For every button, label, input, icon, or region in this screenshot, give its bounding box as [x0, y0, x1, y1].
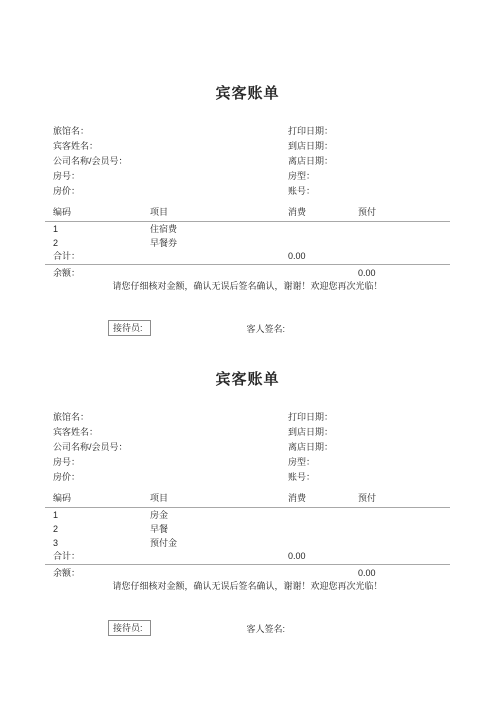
page-title: 宾客账单 [45, 370, 450, 390]
label-room-rate: 房价： [53, 184, 288, 199]
guest-bill-1: 宾客账单 旅馆名： 打印日期： 宾客姓名： 到店日期： 公司名称/会员号： 离店… [45, 84, 450, 336]
label-print-date: 打印日期： [288, 124, 450, 139]
table-header: 编码 项目 消费 预付 [45, 492, 450, 508]
info-row: 宾客姓名： 到店日期： [45, 139, 450, 154]
receptionist-box: 接待员: [108, 620, 151, 636]
col-header-prepaid: 预付 [358, 492, 450, 504]
col-header-prepaid: 预付 [358, 206, 450, 218]
table-row: 3 预付金 [45, 537, 450, 550]
confirmation-notice: 请您仔细核对金额，确认无误后签名确认，谢谢！欢迎您再次光临！ [45, 580, 450, 593]
cell-consume [288, 223, 358, 236]
col-header-consume: 消费 [288, 206, 358, 218]
cell-prepaid [358, 223, 450, 236]
col-header-code: 编码 [53, 492, 150, 504]
balance-row: 余额： 0.00 [45, 566, 450, 579]
info-row: 宾客姓名： 到店日期： [45, 425, 450, 440]
label-room-number: 房号： [53, 169, 288, 184]
table-row: 1 住宿费 [45, 223, 450, 236]
cell-prepaid [358, 237, 450, 250]
info-row: 房价： 账号： [45, 470, 450, 485]
label-company-member: 公司名称/会员号： [53, 440, 288, 455]
confirmation-notice: 请您仔细核对金额，确认无误后签名确认，谢谢！欢迎您再次光临！ [45, 280, 450, 293]
label-room-type: 房型： [288, 455, 450, 470]
table-header: 编码 项目 消费 预付 [45, 206, 450, 222]
cell-consume [288, 537, 358, 550]
cell-code: 3 [53, 537, 150, 550]
cell-item: 早餐 [150, 523, 288, 536]
info-row: 公司名称/会员号： 离店日期： [45, 154, 450, 169]
cell-code: 2 [53, 523, 150, 536]
col-header-consume: 消费 [288, 492, 358, 504]
col-header-item: 项目 [150, 206, 288, 218]
label-company-member: 公司名称/会员号： [53, 154, 288, 169]
info-row: 房号： 房型： [45, 169, 450, 184]
info-row: 房价： 账号： [45, 184, 450, 199]
col-header-code: 编码 [53, 206, 150, 218]
guest-signature-label: 客人签名: [247, 322, 286, 335]
cell-item: 预付金 [150, 537, 288, 550]
label-room-type: 房型： [288, 169, 450, 184]
info-row: 公司名称/会员号： 离店日期： [45, 440, 450, 455]
cell-item: 早餐券 [150, 237, 288, 250]
label-room-rate: 房价： [53, 470, 288, 485]
cell-prepaid [358, 509, 450, 522]
col-header-item: 项目 [150, 492, 288, 504]
cell-code: 1 [53, 509, 150, 522]
balance-label: 余额： [53, 566, 150, 580]
guest-bill-2: 宾客账单 旅馆名： 打印日期： 宾客姓名： 到店日期： 公司名称/会员号： 离店… [45, 370, 450, 636]
charges-table: 编码 项目 消费 预付 1 住宿费 2 早餐券 合计： 0.00 余额： 0 [45, 206, 450, 279]
cell-prepaid [358, 523, 450, 536]
balance-row: 余额： 0.00 [45, 266, 450, 279]
label-account-number: 账号： [288, 470, 450, 485]
cell-code: 2 [53, 237, 150, 250]
label-departure-date: 离店日期： [288, 154, 450, 169]
total-label: 合计： [53, 250, 150, 263]
guest-signature-label: 客人签名: [247, 622, 286, 635]
receptionist-box: 接待员: [108, 320, 151, 336]
signature-row: 接待员: 客人签名: [45, 620, 450, 636]
cell-prepaid [358, 537, 450, 550]
info-row: 旅馆名： 打印日期： [45, 124, 450, 139]
label-room-number: 房号： [53, 455, 288, 470]
cell-consume [288, 237, 358, 250]
label-account-number: 账号： [288, 184, 450, 199]
signature-row: 接待员: 客人签名: [45, 320, 450, 336]
label-guest-name: 宾客姓名： [53, 425, 288, 440]
table-row: 2 早餐券 [45, 237, 450, 250]
cell-item: 住宿费 [150, 223, 288, 236]
info-row: 旅馆名： 打印日期： [45, 410, 450, 425]
info-row: 房号： 房型： [45, 455, 450, 470]
total-consume-value: 0.00 [288, 550, 358, 563]
label-arrival-date: 到店日期： [288, 425, 450, 440]
table-row: 2 早餐 [45, 523, 450, 536]
label-arrival-date: 到店日期： [288, 139, 450, 154]
label-departure-date: 离店日期： [288, 440, 450, 455]
bill-info-section: 旅馆名： 打印日期： 宾客姓名： 到店日期： 公司名称/会员号： 离店日期： 房… [45, 410, 450, 485]
total-consume-value: 0.00 [288, 250, 358, 263]
total-label: 合计： [53, 550, 150, 563]
cell-consume [288, 523, 358, 536]
label-print-date: 打印日期： [288, 410, 450, 425]
label-hotel-name: 旅馆名： [53, 410, 288, 425]
cell-consume [288, 509, 358, 522]
balance-prepaid-value: 0.00 [358, 566, 450, 580]
charges-table: 编码 项目 消费 预付 1 房金 2 早餐 3 预付金 合计： 0.00 [45, 492, 450, 579]
balance-label: 余额： [53, 266, 150, 280]
balance-prepaid-value: 0.00 [358, 266, 450, 280]
total-row: 合计： 0.00 [45, 550, 450, 565]
total-row: 合计： 0.00 [45, 250, 450, 265]
bill-info-section: 旅馆名： 打印日期： 宾客姓名： 到店日期： 公司名称/会员号： 离店日期： 房… [45, 124, 450, 199]
table-row: 1 房金 [45, 509, 450, 522]
label-guest-name: 宾客姓名： [53, 139, 288, 154]
cell-code: 1 [53, 223, 150, 236]
cell-item: 房金 [150, 509, 288, 522]
page-title: 宾客账单 [45, 84, 450, 104]
label-hotel-name: 旅馆名： [53, 124, 288, 139]
